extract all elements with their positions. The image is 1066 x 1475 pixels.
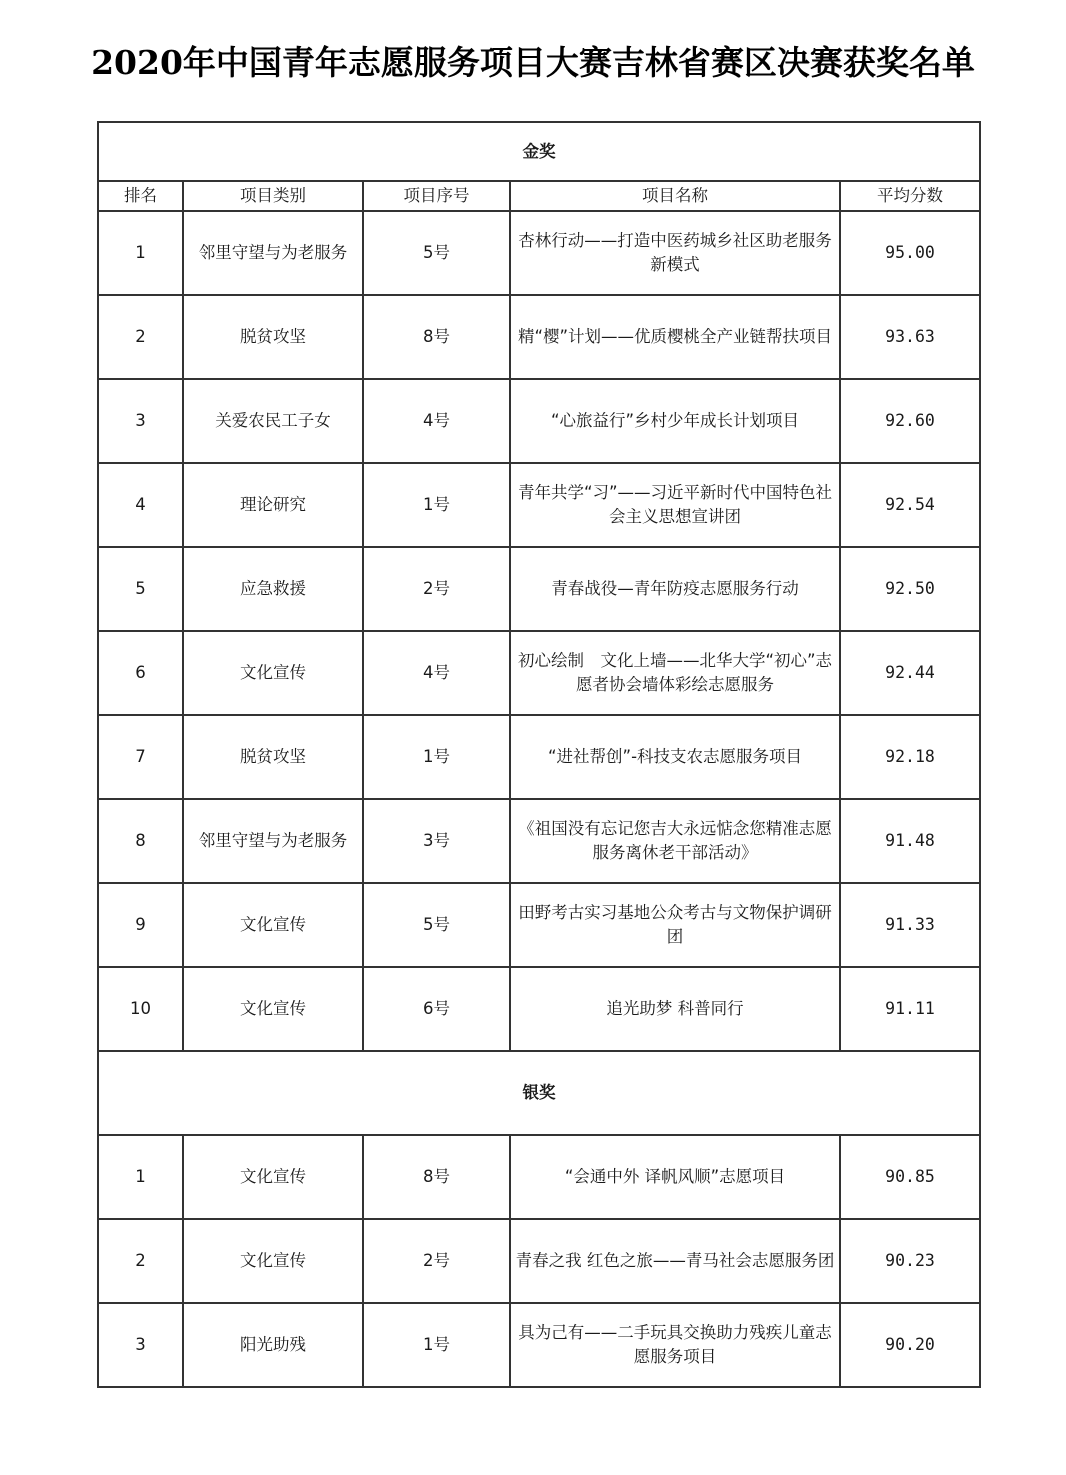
section-silver-heading-row: 银奖 (98, 1051, 980, 1135)
cell-score: 92.60 (840, 379, 980, 463)
cell-number: 1号 (363, 715, 510, 799)
table-row: 2 脱贫攻坚 8号 精“樱”计划——优质樱桃全产业链帮扶项目 93.63 (98, 295, 980, 379)
cell-project-name: “进社帮创”-科技支农志愿服务项目 (510, 715, 840, 799)
column-header-row: 排名 项目类别 项目序号 项目名称 平均分数 (98, 181, 980, 211)
table-row: 5 应急救援 2号 青春战役—青年防疫志愿服务行动 92.50 (98, 547, 980, 631)
cell-project-name: “会通中外 译帆风顺”志愿项目 (510, 1135, 840, 1219)
cell-score: 91.48 (840, 799, 980, 883)
cell-rank: 1 (98, 211, 183, 295)
cell-score: 90.85 (840, 1135, 980, 1219)
cell-score: 92.44 (840, 631, 980, 715)
awards-table: 金奖 排名 项目类别 项目序号 项目名称 平均分数 1 邻里守望与为老服务 5号… (97, 121, 981, 1388)
cell-category: 阳光助残 (183, 1303, 363, 1387)
cell-number: 3号 (363, 799, 510, 883)
cell-number: 8号 (363, 1135, 510, 1219)
table-row: 7 脱贫攻坚 1号 “进社帮创”-科技支农志愿服务项目 92.18 (98, 715, 980, 799)
cell-category: 邻里守望与为老服务 (183, 799, 363, 883)
cell-project-name: 杏林行动——打造中医药城乡社区助老服务新模式 (510, 211, 840, 295)
cell-category: 文化宣传 (183, 1135, 363, 1219)
table-row: 1 邻里守望与为老服务 5号 杏林行动——打造中医药城乡社区助老服务新模式 95… (98, 211, 980, 295)
cell-category: 应急救援 (183, 547, 363, 631)
cell-number: 8号 (363, 295, 510, 379)
cell-project-name: 追光助梦 科普同行 (510, 967, 840, 1051)
table-row: 10 文化宣传 6号 追光助梦 科普同行 91.11 (98, 967, 980, 1051)
cell-project-name: 青春之我 红色之旅——青马社会志愿服务团 (510, 1219, 840, 1303)
cell-rank: 5 (98, 547, 183, 631)
cell-project-name: 精“樱”计划——优质樱桃全产业链帮扶项目 (510, 295, 840, 379)
cell-rank: 6 (98, 631, 183, 715)
cell-rank: 2 (98, 295, 183, 379)
cell-number: 5号 (363, 211, 510, 295)
table-row: 8 邻里守望与为老服务 3号 《祖国没有忘记您吉大永远惦念您精准志愿服务离休老干… (98, 799, 980, 883)
column-header-name: 项目名称 (510, 181, 840, 211)
table-row: 3 阳光助残 1号 具为己有——二手玩具交换助力残疾儿童志愿服务项目 90.20 (98, 1303, 980, 1387)
cell-category: 脱贫攻坚 (183, 715, 363, 799)
section-heading-silver: 银奖 (98, 1051, 980, 1135)
cell-rank: 10 (98, 967, 183, 1051)
cell-rank: 7 (98, 715, 183, 799)
cell-number: 6号 (363, 967, 510, 1051)
cell-project-name: “心旅益行”乡村少年成长计划项目 (510, 379, 840, 463)
cell-rank: 1 (98, 1135, 183, 1219)
section-heading-gold: 金奖 (98, 122, 980, 181)
cell-score: 90.23 (840, 1219, 980, 1303)
cell-number: 1号 (363, 463, 510, 547)
column-header-score: 平均分数 (840, 181, 980, 211)
cell-rank: 2 (98, 1219, 183, 1303)
cell-number: 4号 (363, 631, 510, 715)
cell-project-name: 青春战役—青年防疫志愿服务行动 (510, 547, 840, 631)
cell-rank: 3 (98, 1303, 183, 1387)
table-row: 3 关爱农民工子女 4号 “心旅益行”乡村少年成长计划项目 92.60 (98, 379, 980, 463)
cell-number: 5号 (363, 883, 510, 967)
table-row: 6 文化宣传 4号 初心绘制 文化上墙——北华大学“初心”志愿者协会墙体彩绘志愿… (98, 631, 980, 715)
table-row: 1 文化宣传 8号 “会通中外 译帆风顺”志愿项目 90.85 (98, 1135, 980, 1219)
cell-category: 文化宣传 (183, 883, 363, 967)
cell-project-name: 具为己有——二手玩具交换助力残疾儿童志愿服务项目 (510, 1303, 840, 1387)
cell-category: 文化宣传 (183, 967, 363, 1051)
cell-project-name: 青年共学“习”——习近平新时代中国特色社会主义思想宣讲团 (510, 463, 840, 547)
cell-rank: 3 (98, 379, 183, 463)
cell-score: 91.33 (840, 883, 980, 967)
table-row: 4 理论研究 1号 青年共学“习”——习近平新时代中国特色社会主义思想宣讲团 9… (98, 463, 980, 547)
cell-score: 91.11 (840, 967, 980, 1051)
cell-rank: 8 (98, 799, 183, 883)
cell-project-name: 田野考古实习基地公众考古与文物保护调研团 (510, 883, 840, 967)
section-gold-heading-row: 金奖 (98, 122, 980, 181)
cell-number: 2号 (363, 1219, 510, 1303)
cell-score: 92.18 (840, 715, 980, 799)
column-header-rank: 排名 (98, 181, 183, 211)
cell-project-name: 初心绘制 文化上墙——北华大学“初心”志愿者协会墙体彩绘志愿服务 (510, 631, 840, 715)
document-title: 2020年中国青年志愿服务项目大赛吉林省赛区决赛获奖名单 (60, 44, 1006, 82)
cell-score: 93.63 (840, 295, 980, 379)
cell-score: 92.54 (840, 463, 980, 547)
cell-number: 4号 (363, 379, 510, 463)
cell-rank: 9 (98, 883, 183, 967)
cell-score: 90.20 (840, 1303, 980, 1387)
cell-number: 2号 (363, 547, 510, 631)
table-row: 9 文化宣传 5号 田野考古实习基地公众考古与文物保护调研团 91.33 (98, 883, 980, 967)
cell-score: 92.50 (840, 547, 980, 631)
column-header-category: 项目类别 (183, 181, 363, 211)
cell-rank: 4 (98, 463, 183, 547)
column-header-number: 项目序号 (363, 181, 510, 211)
cell-category: 脱贫攻坚 (183, 295, 363, 379)
cell-category: 关爱农民工子女 (183, 379, 363, 463)
cell-category: 文化宣传 (183, 631, 363, 715)
table-row: 2 文化宣传 2号 青春之我 红色之旅——青马社会志愿服务团 90.23 (98, 1219, 980, 1303)
cell-category: 理论研究 (183, 463, 363, 547)
cell-category: 邻里守望与为老服务 (183, 211, 363, 295)
cell-number: 1号 (363, 1303, 510, 1387)
cell-category: 文化宣传 (183, 1219, 363, 1303)
cell-project-name: 《祖国没有忘记您吉大永远惦念您精准志愿服务离休老干部活动》 (510, 799, 840, 883)
cell-score: 95.00 (840, 211, 980, 295)
